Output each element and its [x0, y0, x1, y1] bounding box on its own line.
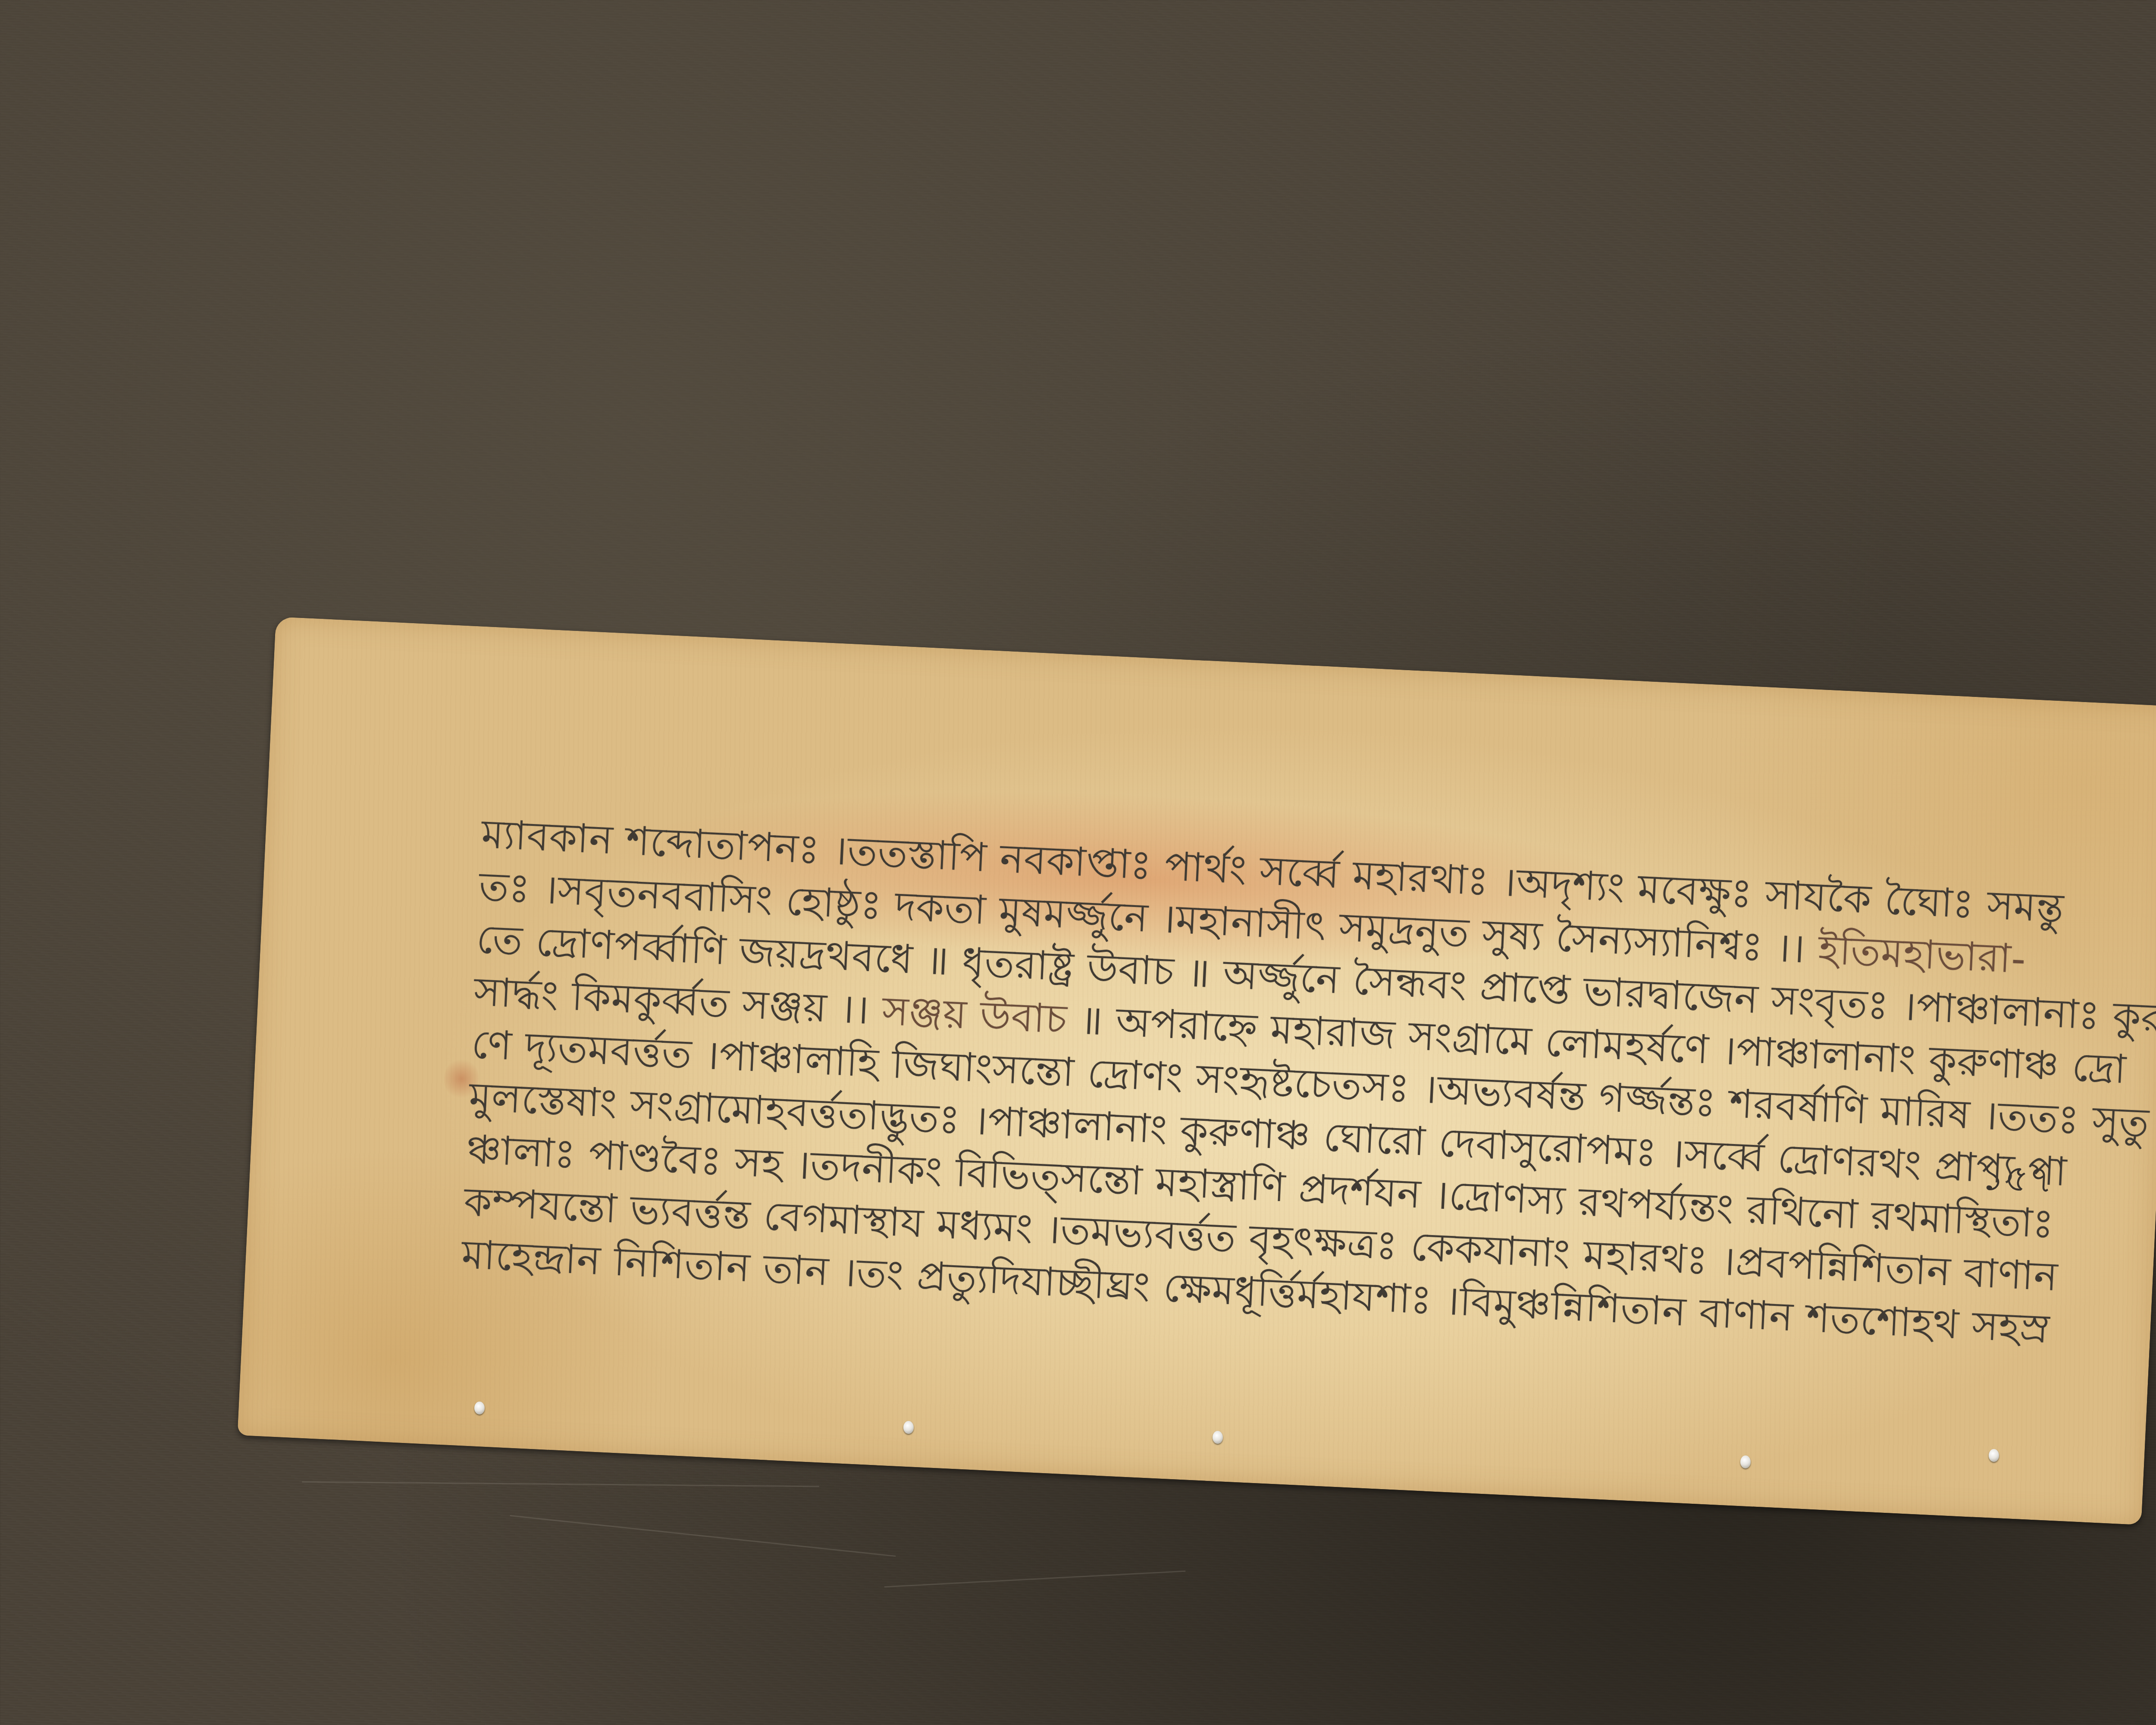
mount-scratch	[302, 1481, 819, 1487]
rubric-speaker: সঞ্জয় উবাচ	[881, 988, 1069, 1042]
manuscript-text-block: ম্যাবকান শব্দোতাপনঃ ।ততস্তাপি নবকাপ্তাঃ …	[461, 808, 1969, 1351]
manuscript-folio: ম্যাবকান শব্দোতাপনঃ ।ততস্তাপি নবকাপ্তাঃ …	[237, 617, 2156, 1525]
folio-number: ১৫৭	[1979, 1148, 2054, 1214]
mounting-pin-icon	[1989, 1449, 1999, 1462]
mounting-pin-icon	[903, 1421, 914, 1434]
mounting-pin-icon	[1213, 1431, 1223, 1444]
mount-scratch	[884, 1571, 1185, 1588]
mounting-pin-icon	[474, 1402, 485, 1414]
mount-scratch	[510, 1515, 896, 1557]
rubric-colophon: ইতিমহাভারা-	[1818, 926, 2028, 982]
mounting-pin-icon	[1740, 1455, 1751, 1468]
